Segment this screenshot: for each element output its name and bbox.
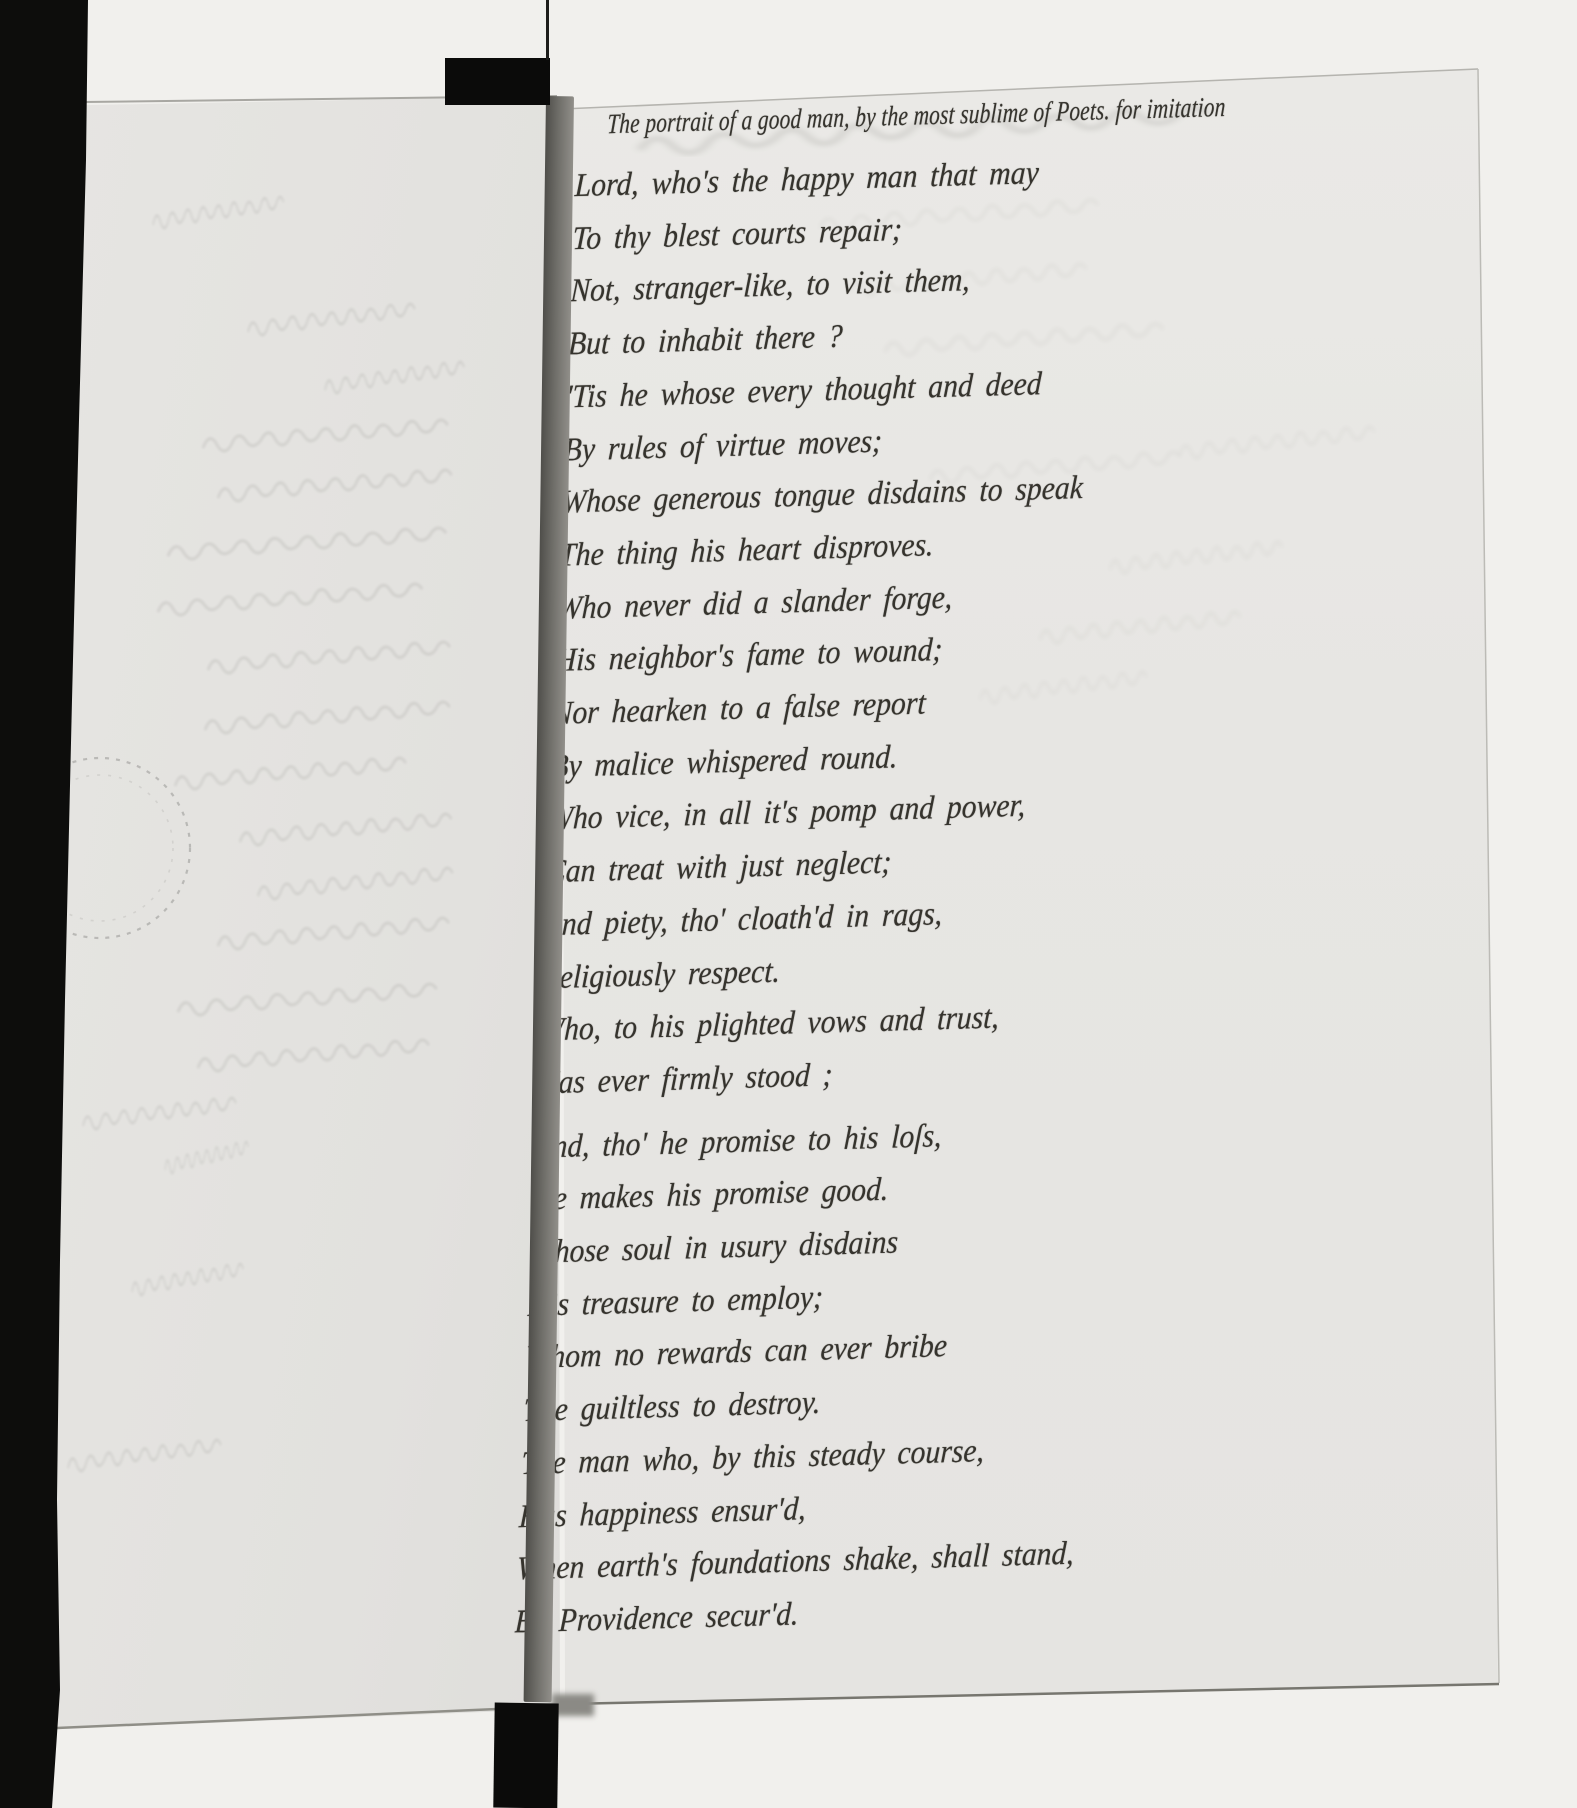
manuscript-text: The portrait of a good man, by the most … (513, 89, 1337, 1649)
poem: Lord, who's the happy man that mayTo thy… (513, 139, 1335, 1649)
manuscript-title: The portrait of a good man, by the most … (607, 94, 1163, 142)
top-binding-tab (445, 58, 550, 105)
binding-thread-line (546, 0, 549, 60)
scanned-manuscript: The portrait of a good man, by the most … (0, 0, 1577, 1808)
bottom-binding-tab (493, 1703, 558, 1808)
left-page (40, 92, 560, 1737)
